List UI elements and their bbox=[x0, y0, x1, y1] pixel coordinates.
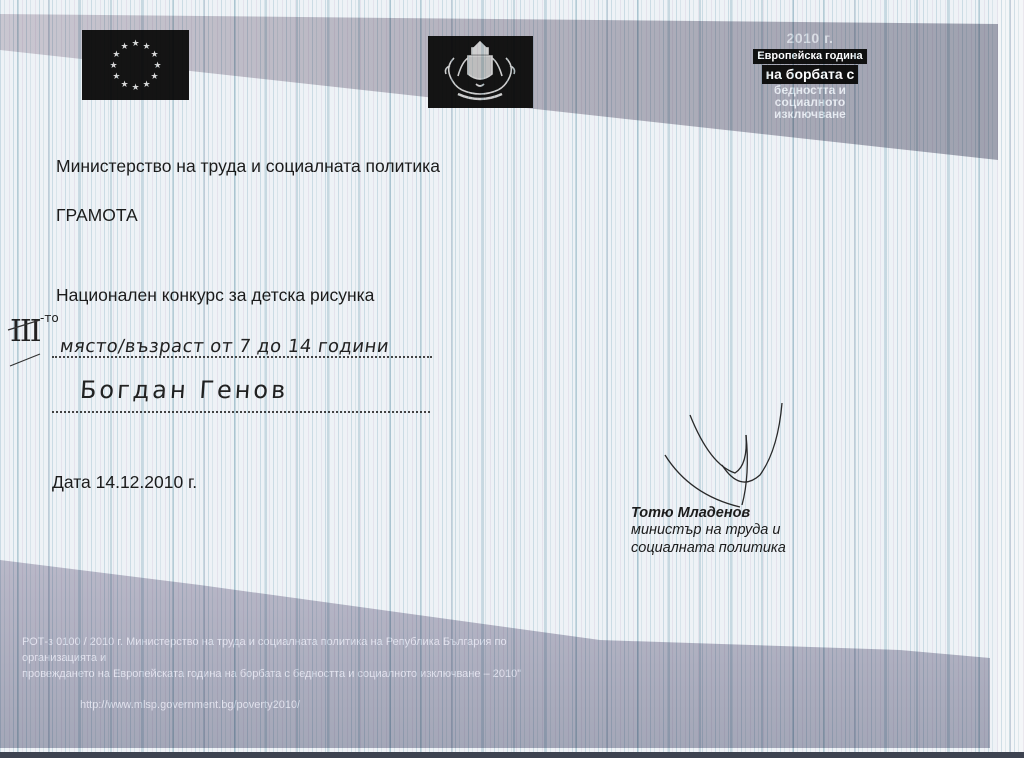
certificate-date: Дата 14.12.2010 г. bbox=[52, 472, 197, 493]
footer-notice-line2: провеждането на Европейската година на б… bbox=[22, 666, 582, 682]
svg-text:★: ★ bbox=[120, 79, 128, 89]
footer-notice: РОТ-з 0100 / 2010 г. Министерство на тру… bbox=[22, 634, 582, 682]
svg-text:★: ★ bbox=[131, 38, 139, 48]
recipient-name-handwritten: Богдан Генов bbox=[79, 376, 289, 404]
ministry-name: Министерство на труда и социалната полит… bbox=[56, 156, 440, 177]
european-year-logo: 2010 г. Европейска година на борбата с б… bbox=[740, 30, 880, 120]
contest-name: Национален конкурс за детска рисунка bbox=[56, 285, 374, 306]
certificate-title: ГРАМОТА bbox=[56, 205, 138, 226]
logo-line2: на борбата с bbox=[762, 65, 859, 84]
signature-icon bbox=[650, 395, 800, 515]
logo-year: 2010 г. bbox=[740, 30, 880, 46]
name-dotted-line bbox=[52, 411, 430, 413]
signature-block: Тотю Младенов министър на труда и социал… bbox=[631, 505, 786, 557]
svg-text:★: ★ bbox=[151, 71, 159, 81]
svg-text:★: ★ bbox=[112, 49, 120, 59]
signer-role-line2: социалната политика bbox=[631, 539, 786, 557]
svg-text:★: ★ bbox=[142, 41, 150, 51]
place-age-handwritten: място/възраст от 7 до 14 години bbox=[59, 336, 391, 357]
footer-url: http://www.mlsp.government.bg/poverty201… bbox=[80, 697, 300, 713]
roman-underline-strokes bbox=[4, 318, 44, 368]
scan-edge bbox=[998, 0, 1024, 758]
coat-of-arms-icon bbox=[428, 36, 533, 108]
footer-notice-line1: РОТ-з 0100 / 2010 г. Министерство на тру… bbox=[22, 634, 582, 666]
scan-bottom-edge bbox=[0, 752, 1024, 758]
logo-line1: Европейска година bbox=[753, 49, 866, 64]
svg-text:★: ★ bbox=[109, 60, 117, 70]
svg-text:★: ★ bbox=[142, 79, 150, 89]
signer-role-line1: министър на труда и bbox=[631, 521, 786, 539]
svg-text:★: ★ bbox=[112, 71, 120, 81]
svg-text:★: ★ bbox=[120, 41, 128, 51]
svg-text:★: ★ bbox=[131, 82, 139, 92]
svg-text:★: ★ bbox=[151, 49, 159, 59]
svg-text:★: ★ bbox=[153, 60, 161, 70]
eu-flag-icon: ★★★★★★★★★★★★ bbox=[82, 30, 189, 100]
logo-line5: изключване bbox=[740, 108, 880, 120]
signer-name: Тотю Младенов bbox=[631, 505, 786, 521]
